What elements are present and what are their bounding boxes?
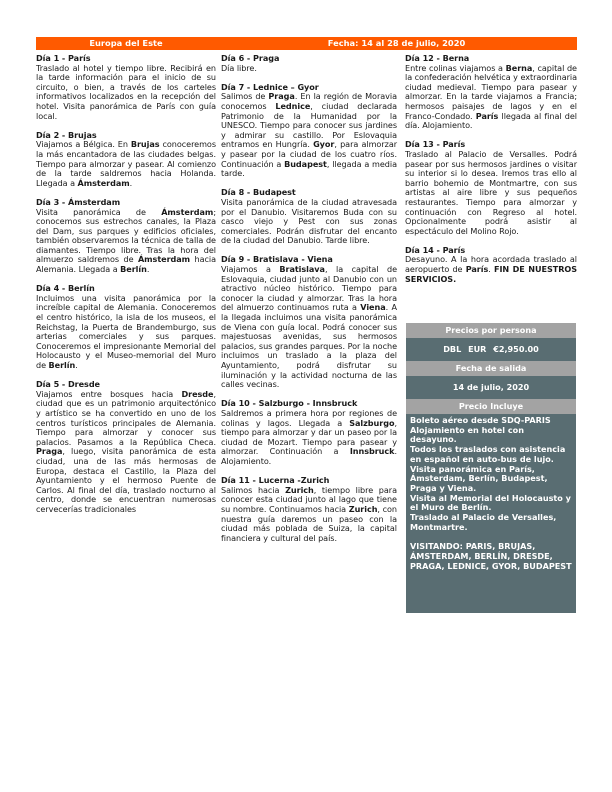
- visiting-cities: VISITANDO: PARIS, BRUJAS, ÁMSTERDAM, BER…: [410, 542, 572, 571]
- itinerary-day: Día 7 - Lednice – GyorSalimos de Praga. …: [221, 83, 397, 179]
- itinerary-day: Día 9 - Bratislava - VienaViajamos a Bra…: [221, 255, 397, 389]
- itinerary-day: Día 12 - BernaEntre colinas viajamos a B…: [405, 54, 577, 131]
- itinerary-day: Día 13 - ParísTraslado al Palacio de Ver…: [405, 140, 577, 236]
- price-value: DBL EUR €2,950.00: [406, 338, 576, 361]
- departure-value: 14 de julio, 2020: [406, 376, 576, 399]
- price-header: Precios por persona: [406, 323, 576, 338]
- day-description: Saldremos a primera hora por regiones de…: [221, 409, 397, 467]
- departure-header: Fecha de salida: [406, 361, 576, 376]
- itinerary-day: Día 5 - DresdeViajamos entre bosques hac…: [36, 380, 216, 514]
- day-description: Salimos de Praga. En la región de Moravi…: [221, 92, 397, 178]
- day-description: Entre colinas viajamos a Berna, capital …: [405, 64, 577, 131]
- day-description: Desayuno. A la hora acordada traslado al…: [405, 255, 577, 284]
- includes-item: Todos los traslados con asistencia en es…: [410, 445, 572, 464]
- itinerary-day: Día 8 - BudapestVisita panorámica de la …: [221, 188, 397, 246]
- includes-header: Precio Incluye: [406, 399, 576, 414]
- itinerary-day: Día 14 - ParísDesayuno. A la hora acorda…: [405, 246, 577, 284]
- itinerary-day: Día 11 - Lucerna -ZurichSalimos hacia Zu…: [221, 476, 397, 543]
- day-description: Visita panorámica de la ciudad atravesad…: [221, 198, 397, 246]
- itinerary-column-3: Día 12 - BernaEntre colinas viajamos a B…: [405, 54, 577, 294]
- day-description: Traslado al hotel y tiempo libre. Recibi…: [36, 64, 216, 122]
- day-description: Traslado al Palacio de Versalles. Podrá …: [405, 150, 577, 236]
- itinerary-header-bar: Europa del Este Fecha: 14 al 28 de julio…: [36, 37, 577, 50]
- itinerary-day: Día 1 - ParísTraslado al hotel y tiempo …: [36, 54, 216, 121]
- itinerary-day: Día 3 - ÁmsterdamVisita panorámica de Ám…: [36, 198, 216, 275]
- day-description: Viajamos a Bélgica. En Brujas conoceremo…: [36, 140, 216, 188]
- itinerary-day: Día 10 - Salzburgo - InnsbruckSaldremos …: [221, 399, 397, 466]
- day-description: Visita panorámica de Ámsterdam; conocemo…: [36, 208, 216, 275]
- day-description: Incluimos una visita panorámica por la i…: [36, 294, 216, 371]
- includes-item: Visita al Memorial del Holocausto y el M…: [410, 494, 572, 513]
- day-description: Viajamos a Bratislava, la capital de Esl…: [221, 265, 397, 390]
- tour-dates: Fecha: 14 al 28 de julio, 2020: [216, 37, 577, 50]
- itinerary-day: Día 2 - BrujasViajamos a Bélgica. En Bru…: [36, 131, 216, 189]
- includes-item: Traslado al Palacio de Versalles, Montma…: [410, 513, 572, 532]
- includes-item: Alojamiento en hotel con desayuno.: [410, 426, 572, 445]
- day-description: Salimos hacia Zurich, tiempo libre para …: [221, 486, 397, 544]
- includes-item: Visita panorámica en París, Ámsterdam, B…: [410, 465, 572, 494]
- itinerary-column-2: Día 6 - PragaDía libre.Día 7 - Lednice –…: [221, 54, 397, 553]
- day-description: Día libre.: [221, 64, 397, 74]
- tour-title: Europa del Este: [36, 37, 216, 50]
- itinerary-column-1: Día 1 - ParísTraslado al hotel y tiempo …: [36, 54, 216, 524]
- price-info-box: Precios por persona DBL EUR €2,950.00 Fe…: [406, 323, 576, 613]
- itinerary-day: Día 4 - BerlínIncluimos una visita panor…: [36, 284, 216, 370]
- itinerary-day: Día 6 - PragaDía libre.: [221, 54, 397, 73]
- day-description: Viajamos entre bosques hacia Dresde, ciu…: [36, 390, 216, 515]
- includes-list: Boleto aéreo desde SDQ-PARIS Alojamiento…: [406, 414, 576, 572]
